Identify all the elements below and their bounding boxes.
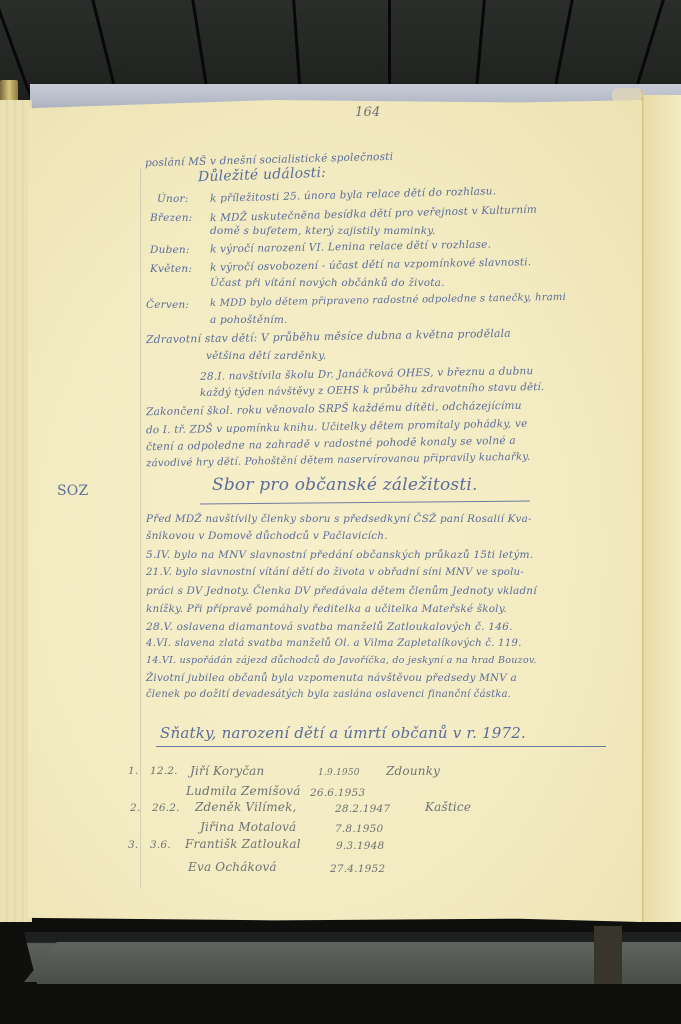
event-label: Únor: (157, 192, 189, 206)
text-line: 4.VI. slavena zlatá svatba manželů Ol. a… (146, 637, 522, 651)
bride-birth: 26.6.1953 (310, 786, 365, 800)
text-line: práci s DV Jednoty. Členka DV předávala … (146, 584, 537, 598)
next-page-edge (643, 95, 681, 922)
entry-number: 2. (130, 801, 140, 815)
place: Zdounky (386, 764, 440, 778)
groom-name: Jiří Koryčan (190, 764, 264, 778)
page-stack-edge (0, 100, 32, 922)
text-line: členek po dožití devadesátých byla zaslá… (146, 688, 511, 702)
bride-birth: 7.8.1950 (335, 822, 383, 836)
event-text: Účast při vítání nových občánků do život… (210, 276, 445, 290)
entry-number: 1. (128, 764, 138, 778)
groom-birth: 28.2.1947 (335, 802, 390, 816)
marriage-date: 26.2. (152, 801, 180, 815)
groom-name: Františk Zatloukal (185, 837, 301, 851)
entry-number: 3. (128, 838, 138, 852)
text-line: Před MDŽ navštívily členky sboru s předs… (146, 512, 532, 526)
event-text: domě s bufetem, který zajistily maminky. (210, 224, 436, 238)
groom-birth: 1.9.1950 (318, 766, 360, 780)
torn-paper-corner (612, 88, 642, 102)
text-line: Životní jubilea občanů byla vzpomenuta n… (146, 671, 517, 685)
scanner-shelf-face (24, 942, 681, 982)
text-line: většina dětí zarděnky. (206, 349, 326, 363)
place: Kaštice (425, 800, 471, 814)
groom-name: Zdeněk Vilímek, (195, 800, 297, 814)
binding-strap (594, 926, 622, 984)
event-label: Březen: (150, 211, 192, 225)
section-title-civic-affairs: Sbor pro občanské záležitosti. (212, 478, 478, 492)
bride-name: Jiřina Motalová (200, 820, 296, 834)
margin-line (140, 168, 141, 888)
page-number: 164 (355, 106, 380, 120)
text-line: knížky. Při přípravě pomáhaly ředitelka … (146, 602, 507, 616)
margin-note: SOZ (57, 484, 88, 498)
groom-birth: 9.3.1948 (336, 839, 384, 853)
event-label: Květen: (150, 262, 192, 276)
title-underline (156, 746, 606, 747)
event-text: a pohoštěním. (210, 313, 288, 327)
text-line: 5.IV. bylo na MNV slavnostní předání obč… (146, 548, 533, 562)
bride-birth: 27.4.1952 (330, 862, 385, 876)
bride-name: Eva Ocháková (188, 860, 277, 874)
bride-name: Ludmila Zemišová (186, 784, 301, 798)
text-line: šnikovou v Domově důchodců v Pačlavicích… (146, 529, 388, 543)
event-label: Duben: (150, 243, 190, 257)
marriage-date: 12.2. (150, 764, 178, 778)
event-label: Červen: (146, 298, 189, 312)
text-line: 21.V. bylo slavnostní vítání dětí do živ… (146, 566, 524, 580)
marriage-date: 3.6. (150, 838, 171, 852)
text-line: 28.V. oslavena diamantová svatba manželů… (146, 620, 513, 634)
section-title-registry: Sňatky, narození dětí a úmrtí občanů v r… (160, 726, 526, 740)
text-line: 14.VI. uspořádán zájezd důchodců do Javo… (146, 654, 537, 668)
